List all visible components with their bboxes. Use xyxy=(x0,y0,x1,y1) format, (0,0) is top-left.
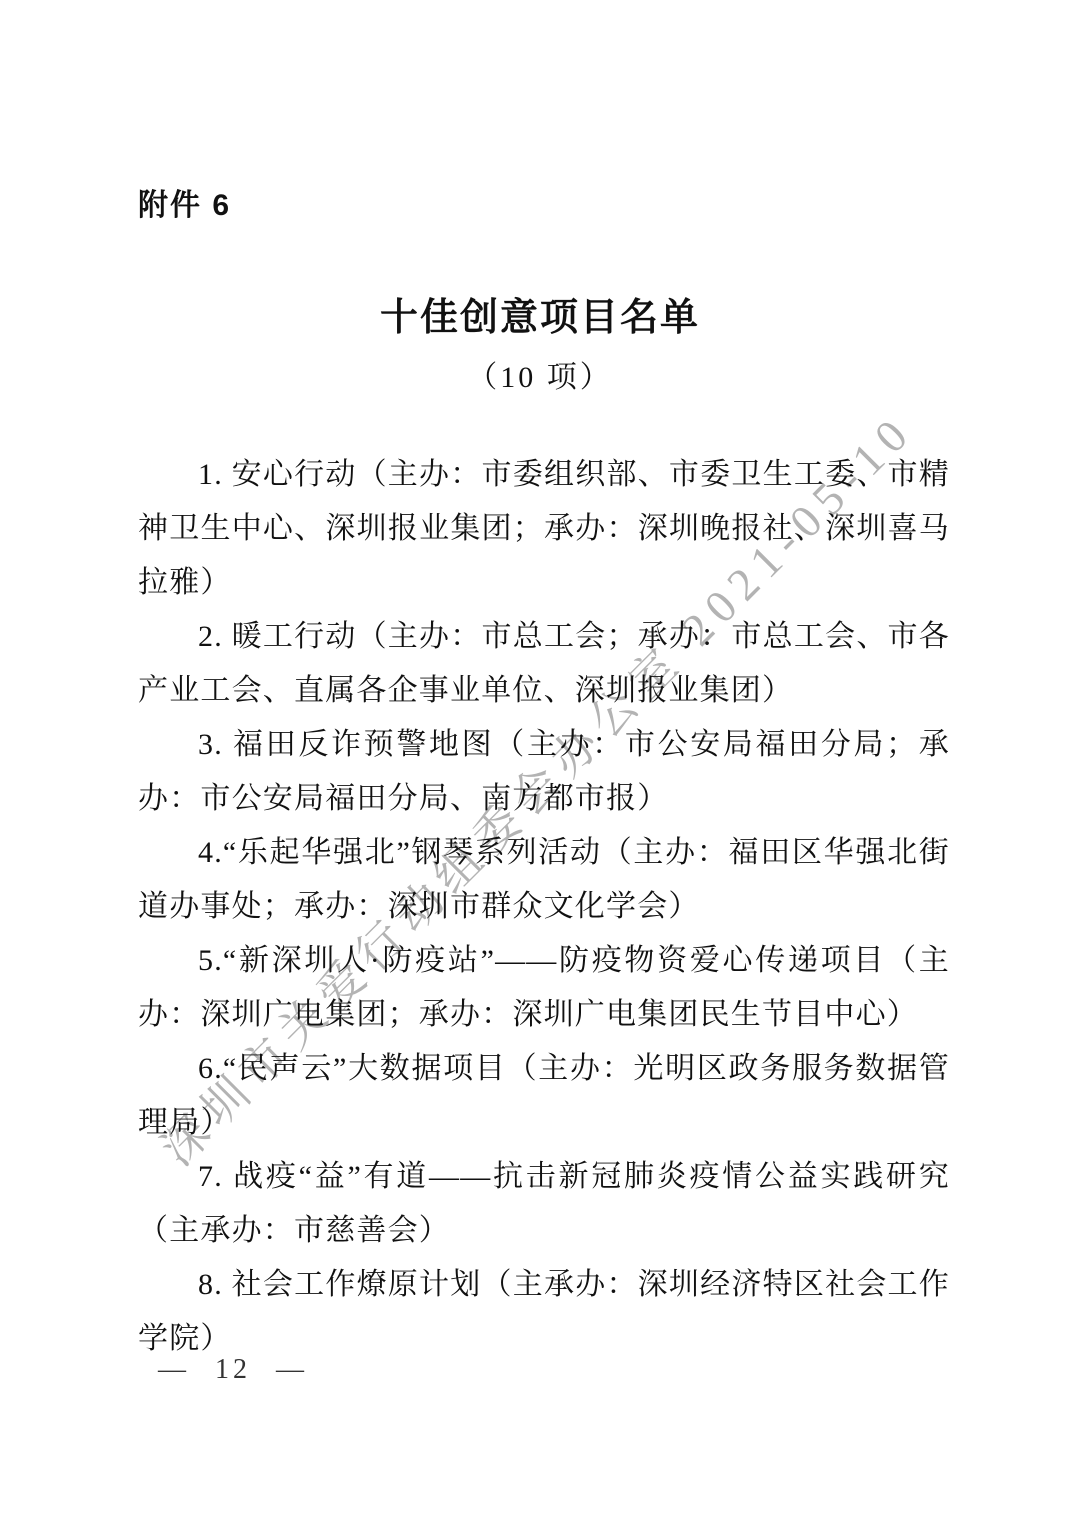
list-item-3: 3. 福田反诈预警地图（主办：市公安局福田分局；承办：市公安局福田分局、南方都市… xyxy=(138,718,950,826)
list-item-2: 2. 暖工行动（主办：市总工会；承办：市总工会、市各产业工会、直属各企事业单位、… xyxy=(138,610,950,718)
attachment-label: 附件 6 xyxy=(138,180,231,224)
list-item-7: 7. 战疫“益”有道——抗击新冠肺炎疫情公益实践研究（主承办：市慈善会） xyxy=(138,1150,950,1258)
list-item-1: 1. 安心行动（主办：市委组织部、市委卫生工委、市精神卫生中心、深圳报业集团；承… xyxy=(138,448,950,610)
page-number: — 12 — xyxy=(158,1354,308,1386)
list-item-8: 8. 社会工作燎原计划（主承办：深圳经济特区社会工作学院） xyxy=(138,1258,950,1366)
page-subtitle: （10 项） xyxy=(0,352,1080,396)
document-page: 深圳市关爱行动组委会办公室 2021-05-10 附件 6 十佳创意项目名单 （… xyxy=(0,0,1080,1527)
list-item-4: 4.“乐起华强北”钢琴系列活动（主办：福田区华强北街道办事处；承办：深圳市群众文… xyxy=(138,826,950,934)
page-title: 十佳创意项目名单 xyxy=(0,286,1080,341)
list-item-5: 5.“新深圳人·防疫站”——防疫物资爱心传递项目（主办：深圳广电集团；承办：深圳… xyxy=(138,934,950,1042)
project-list: 1. 安心行动（主办：市委组织部、市委卫生工委、市精神卫生中心、深圳报业集团；承… xyxy=(138,448,950,1366)
list-item-6: 6.“民声云”大数据项目（主办：光明区政务服务数据管理局） xyxy=(138,1042,950,1150)
